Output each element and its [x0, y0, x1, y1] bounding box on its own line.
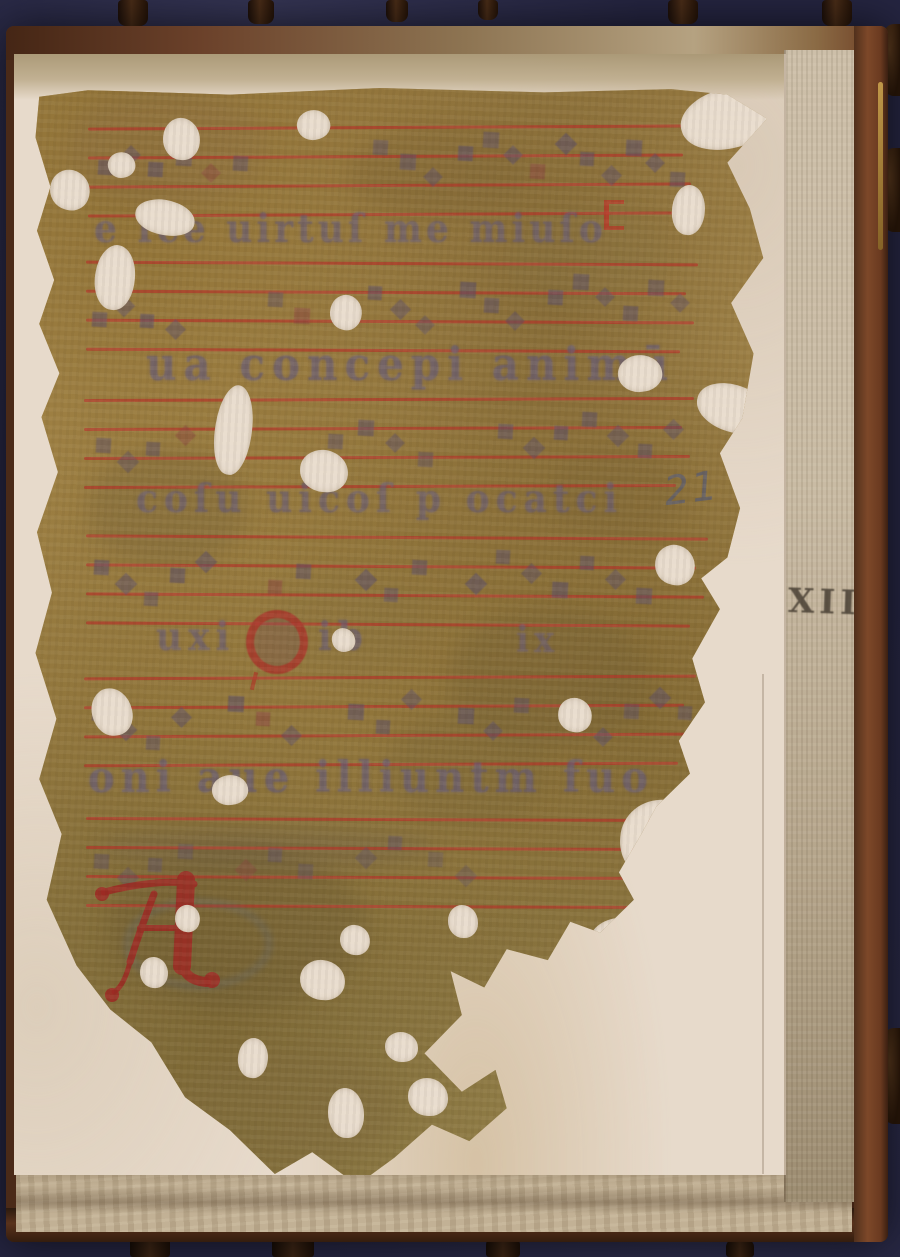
neume: [580, 556, 595, 571]
neume: [678, 706, 693, 721]
torn-hole: [617, 797, 713, 888]
faded-text-line: uxi: [156, 614, 235, 659]
neume: [623, 306, 639, 322]
neume: [358, 420, 375, 437]
neume: [400, 154, 417, 171]
neume: [146, 442, 161, 457]
neume: [281, 725, 302, 746]
pasted-antiphonal-fragment: e ſce uirtuſ me miuſoua concepi animūcoſ…: [28, 88, 776, 1175]
staff-line: [86, 817, 670, 822]
torn-hole: [326, 292, 366, 334]
neume: [144, 592, 159, 607]
neume: [328, 434, 344, 450]
neume: [663, 419, 684, 440]
stand-peg: [668, 0, 698, 24]
manuscript-page: e ſce uirtuſ me miuſoua concepi animūcoſ…: [14, 54, 786, 1175]
neume: [580, 152, 595, 167]
neume: [368, 286, 383, 301]
pencil-folio-number: 21: [661, 463, 721, 515]
staff-line: [84, 397, 694, 402]
faded-text-line: ua concepi animū: [146, 338, 675, 391]
torn-hole: [208, 383, 259, 478]
initial-a-glyph: [90, 858, 260, 1010]
neume: [298, 864, 314, 880]
torn-hole: [691, 376, 776, 442]
page-crease-line: [762, 674, 764, 1174]
parchment-stain: [178, 1048, 398, 1168]
manuscript-photo-scene: XII e ſce uirtuſ me miuſoua concepi anim…: [0, 0, 900, 1257]
neume: [670, 293, 690, 313]
torn-hole: [652, 542, 698, 588]
neume: [390, 299, 411, 320]
neume: [648, 280, 665, 297]
neume: [428, 852, 444, 868]
neume: [498, 424, 514, 440]
neume: [140, 314, 155, 329]
neume: [268, 848, 283, 863]
neume: [256, 712, 271, 727]
neume: [626, 140, 643, 157]
neume: [554, 426, 569, 441]
torn-hole: [669, 183, 709, 237]
stand-peg: [478, 0, 498, 20]
neume: [458, 146, 474, 162]
neume: [412, 560, 428, 576]
neume: [171, 707, 192, 728]
neume: [483, 132, 500, 149]
neume: [624, 704, 640, 720]
neume: [268, 580, 283, 595]
torn-hole: [328, 1088, 364, 1138]
neume: [94, 560, 110, 576]
round-initial-tail: [250, 672, 258, 690]
neume: [376, 720, 391, 735]
stand-peg: [386, 0, 408, 22]
neume: [92, 312, 108, 328]
neume: [582, 412, 598, 428]
neume: [555, 133, 578, 156]
bound-book: XII e ſce uirtuſ me miuſoua concepi anim…: [6, 26, 888, 1242]
neume: [636, 588, 653, 605]
neume: [484, 298, 500, 314]
neume: [605, 569, 626, 590]
parchment-turn-in-strip: [16, 1166, 852, 1232]
neume: [460, 282, 477, 299]
torn-hole: [385, 1032, 419, 1063]
neume: [552, 582, 569, 599]
faded-text-line: ix: [516, 618, 559, 661]
fore-edge-numeral: XII: [787, 581, 852, 623]
neume: [268, 292, 284, 308]
red-bracket-mark: [604, 200, 624, 230]
neume: [385, 433, 405, 453]
stand-peg: [248, 0, 274, 24]
neume: [548, 290, 564, 306]
torn-hole: [448, 905, 478, 938]
neume: [415, 315, 435, 335]
torn-hole: [502, 970, 569, 1031]
neume: [384, 588, 399, 603]
stand-peg: [118, 0, 148, 26]
neume: [148, 162, 164, 178]
fore-edge-page-stack: XII: [784, 50, 854, 1202]
neume: [505, 311, 525, 331]
neume: [96, 438, 112, 454]
illuminated-initial-a: [90, 858, 260, 1010]
neume: [228, 696, 245, 713]
gilt-clasp-sliver: [878, 82, 883, 250]
neume: [573, 274, 590, 291]
faded-text-line: coſu uicoſ p ocatci: [136, 476, 623, 521]
stand-peg: [822, 0, 852, 26]
neume: [294, 308, 311, 325]
neume: [418, 452, 434, 468]
torn-hole: [581, 909, 654, 977]
torn-hole: [293, 106, 333, 144]
neume: [146, 736, 161, 751]
neume: [670, 172, 686, 188]
faded-text-line: oni aue illiuntm fuo: [88, 752, 654, 803]
neume: [455, 865, 478, 888]
neume: [514, 698, 530, 714]
neume: [170, 568, 186, 584]
torn-hole: [408, 1078, 448, 1116]
neume: [373, 140, 389, 156]
neume: [296, 564, 312, 580]
neume: [638, 444, 653, 459]
neume: [496, 550, 511, 565]
neume: [348, 704, 365, 721]
neume: [530, 164, 546, 180]
round-initial-ornament: [246, 610, 308, 674]
neume: [233, 156, 249, 172]
neume: [465, 573, 488, 596]
neume: [388, 836, 403, 851]
neume: [458, 708, 475, 725]
